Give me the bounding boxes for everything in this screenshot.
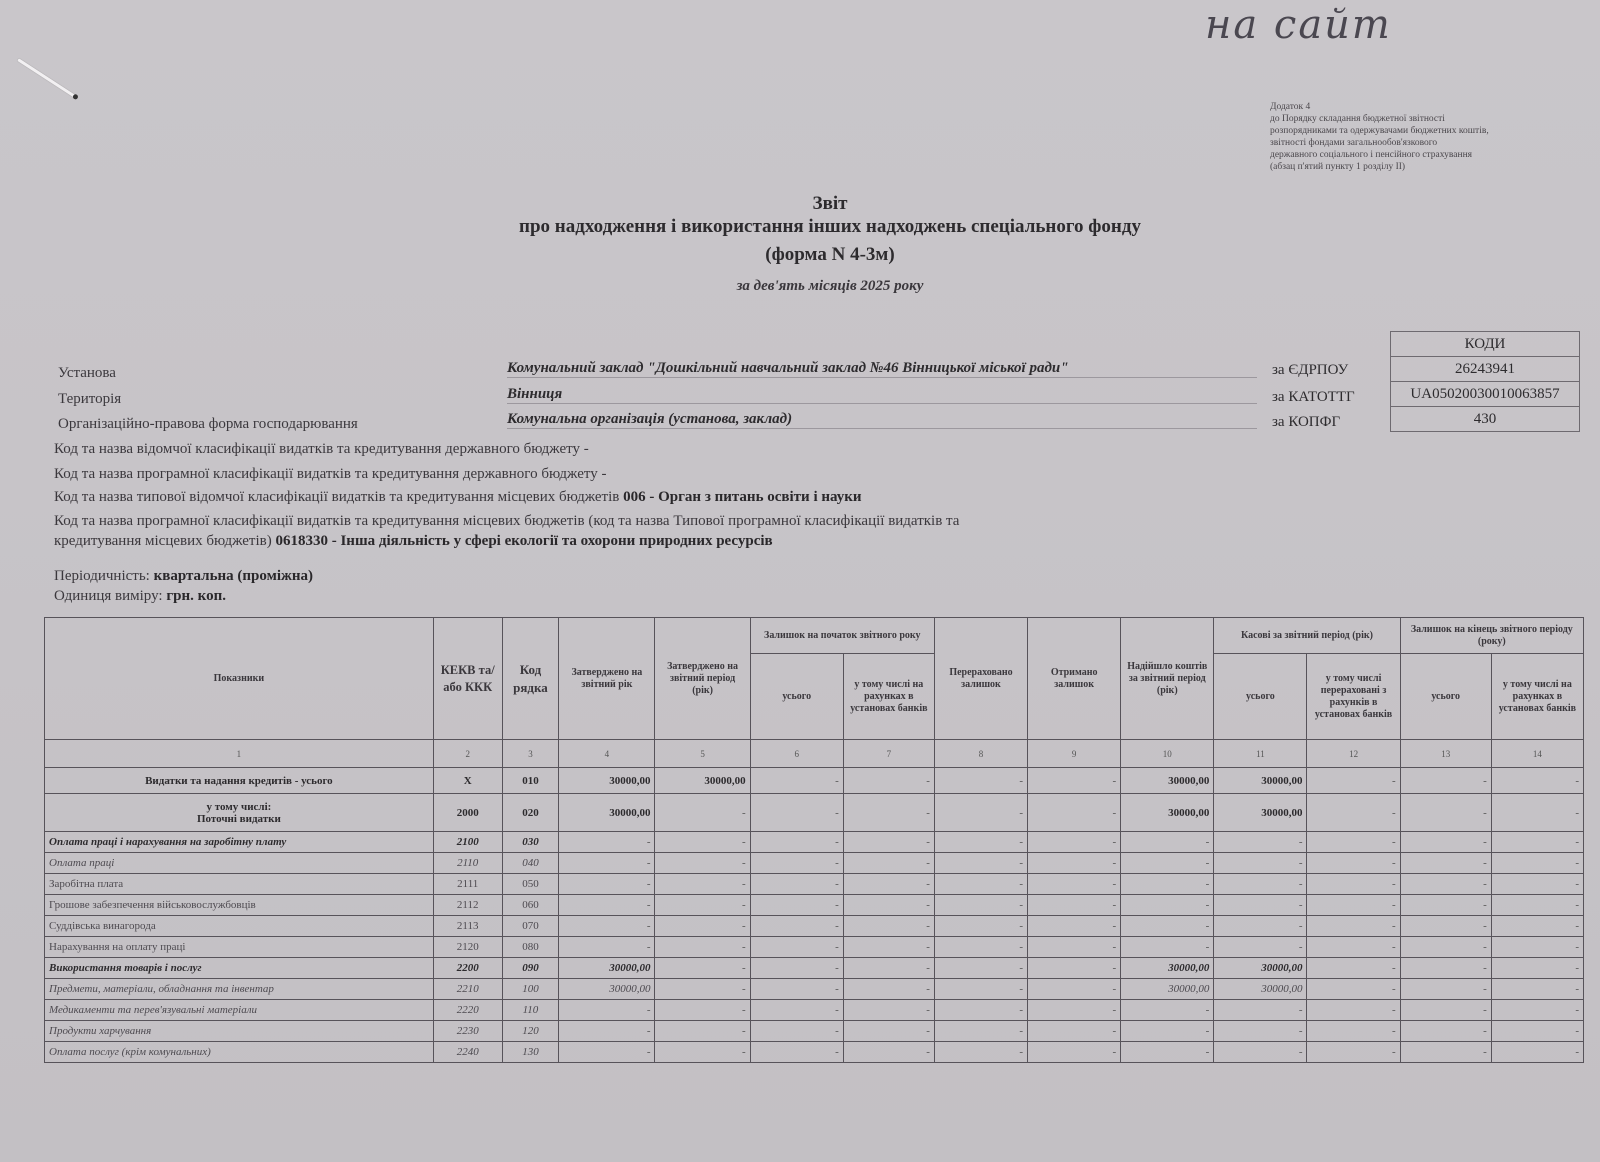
cell-value: - — [559, 895, 655, 916]
cell-value: - — [1400, 937, 1491, 958]
typical-dept-class: Код та назва типової відомчої класифікац… — [54, 489, 862, 506]
cell-value: - — [1307, 794, 1400, 832]
header-end-bank: у тому числі на рахунках в установах бан… — [1491, 654, 1583, 740]
cell-value: - — [1400, 1021, 1491, 1042]
row-code: 130 — [502, 1042, 559, 1063]
header-balance-start: Залишок на початок звітного року — [750, 618, 934, 654]
cell-value: - — [934, 853, 1027, 874]
row-code: 040 — [502, 853, 559, 874]
cell-value: - — [750, 937, 843, 958]
cell-value: - — [750, 874, 843, 895]
periodicity: Періодичність: квартальна (проміжна) — [54, 568, 313, 585]
cell-value: - — [655, 832, 750, 853]
cell-value: - — [559, 853, 655, 874]
cell-value: - — [843, 874, 934, 895]
cell-value: - — [1214, 853, 1307, 874]
table-row: Заробітна плата2111050----------- — [45, 874, 1584, 895]
dept-class-state: Код та назва відомчої класифікації видат… — [54, 441, 589, 458]
header-end-total: усього — [1400, 654, 1491, 740]
cell-value: - — [1214, 895, 1307, 916]
cell-value: - — [1491, 937, 1583, 958]
row-code: 030 — [502, 832, 559, 853]
column-number: 2 — [433, 740, 502, 768]
row-code: 050 — [502, 874, 559, 895]
cell-value: - — [843, 895, 934, 916]
code-kopfg: 430 — [1391, 407, 1580, 432]
table-row: Медикаменти та перев'язувальні матеріали… — [45, 1000, 1584, 1021]
code-label-edrpou: за ЄДРПОУ — [1272, 362, 1348, 379]
column-number: 12 — [1307, 740, 1400, 768]
report-subtitle: про надходження і використання інших над… — [0, 216, 1600, 238]
cell-value: - — [750, 794, 843, 832]
cell-value: - — [655, 874, 750, 895]
cell-value: - — [1028, 937, 1121, 958]
row-kekv: 2230 — [433, 1021, 502, 1042]
column-number: 6 — [750, 740, 843, 768]
cell-value: - — [1028, 895, 1121, 916]
codes-table: КОДИ 26243941 UA05020030010063857 430 — [1390, 331, 1580, 432]
report-period: за дев'ять місяців 2025 року — [0, 278, 1600, 295]
cell-value: - — [1400, 979, 1491, 1000]
column-number: 1 — [45, 740, 434, 768]
cell-value: - — [843, 768, 934, 794]
cell-value: - — [1307, 1000, 1400, 1021]
column-numbers-row: 1234567891011121314 — [45, 740, 1584, 768]
cell-value: - — [559, 1000, 655, 1021]
table-row: Суддівська винагорода2113070----------- — [45, 916, 1584, 937]
cell-value: - — [1214, 874, 1307, 895]
header-kekv: КЕКВ та/або ККК — [433, 618, 502, 740]
row-kekv: 2113 — [433, 916, 502, 937]
pen-icon — [17, 58, 76, 98]
cell-value: - — [843, 832, 934, 853]
row-code: 070 — [502, 916, 559, 937]
cell-value: 30000,00 — [1214, 768, 1307, 794]
column-number: 3 — [502, 740, 559, 768]
cell-value: - — [1121, 853, 1214, 874]
appendix-line: звітності фондами загальнообов'язкового — [1270, 137, 1570, 149]
cell-value: - — [750, 853, 843, 874]
cell-value: - — [1121, 916, 1214, 937]
row-name: Оплата послуг (крім комунальних) — [45, 1042, 434, 1063]
cell-value: - — [934, 958, 1027, 979]
cell-value: - — [1028, 874, 1121, 895]
cell-value: - — [1491, 853, 1583, 874]
row-name: Заробітна плата — [45, 874, 434, 895]
cell-value: - — [1121, 895, 1214, 916]
cell-value: - — [1491, 958, 1583, 979]
code-katottg: UA05020030010063857 — [1391, 382, 1580, 407]
cell-value: - — [1400, 874, 1491, 895]
cell-value: - — [750, 832, 843, 853]
row-kekv: 2110 — [433, 853, 502, 874]
cell-value: - — [750, 1042, 843, 1063]
cell-value: - — [843, 916, 934, 937]
row-code: 120 — [502, 1021, 559, 1042]
institution-value: Комунальний заклад "Дошкільний навчальни… — [507, 360, 1257, 378]
cell-value: - — [843, 958, 934, 979]
row-kekv: 2000 — [433, 794, 502, 832]
row-name: у тому числі: Поточні видатки — [45, 794, 434, 832]
code-label-kopfg: за КОПФГ — [1272, 414, 1340, 431]
cell-value: - — [1028, 832, 1121, 853]
periodicity-value: квартальна (проміжна) — [154, 568, 313, 584]
cell-value: - — [559, 937, 655, 958]
cell-value: - — [655, 979, 750, 1000]
header-indicators: Показники — [45, 618, 434, 740]
cell-value: 30000,00 — [1214, 794, 1307, 832]
cell-value: - — [1400, 794, 1491, 832]
cell-value: - — [1491, 916, 1583, 937]
cell-value: - — [1491, 794, 1583, 832]
row-code: 100 — [502, 979, 559, 1000]
header-cash-transferred: у тому числі перераховані з рахунків в у… — [1307, 654, 1400, 740]
prog-local-label: кредитування місцевих бюджетів) — [54, 533, 272, 549]
cell-value: - — [1028, 1021, 1121, 1042]
cell-value: - — [655, 794, 750, 832]
row-name: Медикаменти та перев'язувальні матеріали — [45, 1000, 434, 1021]
typical-dept-value: 006 - Орган з питань освіти і науки — [623, 489, 861, 505]
header-cash-total: усього — [1214, 654, 1307, 740]
appendix-line: Додаток 4 — [1270, 101, 1570, 113]
cell-value: - — [1028, 1000, 1121, 1021]
cell-value: - — [1121, 1042, 1214, 1063]
row-name: Предмети, матеріали, обладнання та інвен… — [45, 979, 434, 1000]
cell-value: - — [934, 794, 1027, 832]
cell-value: - — [1491, 1042, 1583, 1063]
cell-value: - — [750, 1021, 843, 1042]
header-start-total: усього — [750, 654, 843, 740]
table-row: у тому числі: Поточні видатки20000203000… — [45, 794, 1584, 832]
cell-value: - — [655, 853, 750, 874]
cell-value: - — [1400, 916, 1491, 937]
appendix-line: державного соціального і пенсійного стра… — [1270, 149, 1570, 161]
row-kekv: 2111 — [433, 874, 502, 895]
cell-value: - — [843, 1042, 934, 1063]
prog-local-line1: Код та назва програмної класифікації вид… — [54, 513, 959, 530]
territory-value: Вінниця — [507, 386, 1257, 404]
row-kekv: 2220 — [433, 1000, 502, 1021]
cell-value: - — [750, 979, 843, 1000]
cell-value: - — [1307, 874, 1400, 895]
row-name: Використання товарів і послуг — [45, 958, 434, 979]
cell-value: 30000,00 — [559, 979, 655, 1000]
column-number: 11 — [1214, 740, 1307, 768]
appendix-line: (абзац п'ятий пункту 1 розділу ІІ) — [1270, 161, 1570, 173]
cell-value: 30000,00 — [1121, 768, 1214, 794]
cell-value: - — [1028, 1042, 1121, 1063]
cell-value: - — [750, 768, 843, 794]
report-title: Звіт — [0, 193, 1600, 215]
prog-local-line2: кредитування місцевих бюджетів) 0618330 … — [54, 533, 773, 550]
cell-value: - — [1214, 937, 1307, 958]
handwritten-note: на сайт — [1205, 2, 1392, 48]
legal-form-label: Організаційно-правова форма господарюван… — [58, 416, 358, 433]
table-row: Використання товарів і послуг22000903000… — [45, 958, 1584, 979]
cell-value: - — [843, 1000, 934, 1021]
cell-value: - — [1214, 1042, 1307, 1063]
cell-value: - — [1400, 832, 1491, 853]
legal-form-value: Комунальна організація (установа, заклад… — [507, 411, 1257, 429]
typical-dept-label: Код та назва типової відомчої класифікац… — [54, 489, 619, 505]
row-name: Видатки та надання кредитів - усього — [45, 768, 434, 794]
cell-value: - — [655, 916, 750, 937]
table-row: Грошове забезпечення військовослужбовців… — [45, 895, 1584, 916]
column-number: 13 — [1400, 740, 1491, 768]
cell-value: 30000,00 — [559, 768, 655, 794]
cell-value: - — [843, 979, 934, 1000]
cell-value: - — [655, 895, 750, 916]
cell-value: - — [843, 853, 934, 874]
cell-value: 30000,00 — [1214, 979, 1307, 1000]
report-table: Показники КЕКВ та/або ККК Код рядка Затв… — [44, 617, 1584, 1063]
cell-value: - — [1400, 853, 1491, 874]
cell-value: - — [934, 979, 1027, 1000]
code-edrpou: 26243941 — [1391, 357, 1580, 382]
column-number: 8 — [934, 740, 1027, 768]
cell-value: - — [750, 1000, 843, 1021]
cell-value: - — [934, 895, 1027, 916]
code-label-katottg: за КАТОТТГ — [1272, 389, 1355, 406]
header-start-bank: у тому числі на рахунках в установах бан… — [843, 654, 934, 740]
cell-value: - — [1121, 832, 1214, 853]
cell-value: - — [559, 1021, 655, 1042]
row-name: Суддівська винагорода — [45, 916, 434, 937]
cell-value: - — [1400, 958, 1491, 979]
territory-label: Територія — [58, 391, 121, 408]
header-received: Отримано залишок — [1028, 618, 1121, 740]
cell-value: - — [1307, 979, 1400, 1000]
header-cash: Касові за звітний період (рік) — [1214, 618, 1400, 654]
cell-value: 30000,00 — [1214, 958, 1307, 979]
row-name: Оплата праці і нарахування на заробітну … — [45, 832, 434, 853]
report-form: (форма N 4-3м) — [0, 244, 1600, 266]
codes-heading: КОДИ — [1391, 332, 1580, 357]
cell-value: - — [559, 1042, 655, 1063]
column-number: 14 — [1491, 740, 1583, 768]
institution-label: Установа — [58, 365, 116, 382]
cell-value: - — [1121, 1021, 1214, 1042]
cell-value: - — [1307, 895, 1400, 916]
header-row-code: Код рядка — [502, 618, 559, 740]
column-number: 10 — [1121, 740, 1214, 768]
cell-value: - — [1491, 1000, 1583, 1021]
cell-value: - — [1307, 832, 1400, 853]
unit-label: Одиниця виміру: — [54, 588, 163, 604]
appendix-line: до Порядку складання бюджетної звітності — [1270, 113, 1570, 125]
row-kekv: 2100 — [433, 832, 502, 853]
cell-value: - — [1307, 1042, 1400, 1063]
cell-value: - — [1491, 895, 1583, 916]
cell-value: - — [559, 916, 655, 937]
cell-value: - — [934, 832, 1027, 853]
row-code: 110 — [502, 1000, 559, 1021]
cell-value: - — [843, 794, 934, 832]
cell-value: - — [934, 937, 1027, 958]
cell-value: - — [655, 1042, 750, 1063]
periodicity-label: Періодичність: — [54, 568, 150, 584]
cell-value: - — [1028, 958, 1121, 979]
header-balance-end: Залишок на кінець звітного періоду (року… — [1400, 618, 1583, 654]
cell-value: - — [934, 916, 1027, 937]
column-number: 7 — [843, 740, 934, 768]
cell-value: - — [1307, 937, 1400, 958]
cell-value: - — [1400, 1000, 1491, 1021]
row-kekv: X — [433, 768, 502, 794]
cell-value: - — [1214, 1000, 1307, 1021]
table-row: Оплата послуг (крім комунальних)2240130-… — [45, 1042, 1584, 1063]
table-row: Продукти харчування2230120----------- — [45, 1021, 1584, 1042]
row-code: 020 — [502, 794, 559, 832]
cell-value: - — [934, 768, 1027, 794]
column-number: 5 — [655, 740, 750, 768]
cell-value: - — [1028, 979, 1121, 1000]
row-kekv: 2240 — [433, 1042, 502, 1063]
cell-value: - — [750, 958, 843, 979]
row-kekv: 2200 — [433, 958, 502, 979]
header-approved-year: Затверджено на звітний рік — [559, 618, 655, 740]
cell-value: 30000,00 — [1121, 794, 1214, 832]
cell-value: - — [1491, 874, 1583, 895]
header-transferred: Перераховано залишок — [934, 618, 1027, 740]
cell-value: - — [1307, 1021, 1400, 1042]
cell-value: - — [655, 937, 750, 958]
table-row: Предмети, матеріали, обладнання та інвен… — [45, 979, 1584, 1000]
table-row: Видатки та надання кредитів - усьогоX010… — [45, 768, 1584, 794]
appendix-line: розпорядниками та одержувачами бюджетних… — [1270, 125, 1570, 137]
cell-value: - — [1491, 832, 1583, 853]
cell-value: 30000,00 — [1121, 958, 1214, 979]
row-name: Нарахування на оплату праці — [45, 937, 434, 958]
row-kekv: 2112 — [433, 895, 502, 916]
cell-value: 30000,00 — [1121, 979, 1214, 1000]
cell-value: - — [655, 958, 750, 979]
cell-value: - — [559, 874, 655, 895]
cell-value: - — [1028, 768, 1121, 794]
cell-value: - — [1491, 768, 1583, 794]
table-row: Оплата праці2110040----------- — [45, 853, 1584, 874]
cell-value: - — [655, 1021, 750, 1042]
cell-value: - — [1121, 1000, 1214, 1021]
cell-value: - — [1214, 1021, 1307, 1042]
cell-value: - — [1307, 768, 1400, 794]
cell-value: - — [1214, 916, 1307, 937]
row-name: Продукти харчування — [45, 1021, 434, 1042]
cell-value: 30000,00 — [559, 958, 655, 979]
cell-value: - — [750, 916, 843, 937]
column-number: 4 — [559, 740, 655, 768]
prog-class-state: Код та назва програмної класифікації вид… — [54, 466, 606, 483]
cell-value: - — [1400, 1042, 1491, 1063]
unit: Одиниця виміру: грн. коп. — [54, 588, 226, 605]
cell-value: - — [1491, 979, 1583, 1000]
row-code: 010 — [502, 768, 559, 794]
row-name: Грошове забезпечення військовослужбовців — [45, 895, 434, 916]
cell-value: 30000,00 — [655, 768, 750, 794]
cell-value: - — [934, 1000, 1027, 1021]
cell-value: - — [1028, 794, 1121, 832]
cell-value: - — [843, 1021, 934, 1042]
cell-value: - — [1028, 853, 1121, 874]
cell-value: - — [655, 1000, 750, 1021]
header-income: Надійшло коштів за звітний період (рік) — [1121, 618, 1214, 740]
row-code: 090 — [502, 958, 559, 979]
cell-value: - — [1214, 832, 1307, 853]
cell-value: - — [843, 937, 934, 958]
cell-value: - — [559, 832, 655, 853]
cell-value: - — [1307, 958, 1400, 979]
header-approved-period: Затверджено на звітний період (рік) — [655, 618, 750, 740]
cell-value: - — [1400, 768, 1491, 794]
cell-value: - — [1491, 1021, 1583, 1042]
cell-value: 30000,00 — [559, 794, 655, 832]
cell-value: - — [1121, 937, 1214, 958]
cell-value: - — [934, 874, 1027, 895]
cell-value: - — [1307, 916, 1400, 937]
row-kekv: 2120 — [433, 937, 502, 958]
row-code: 080 — [502, 937, 559, 958]
cell-value: - — [1400, 895, 1491, 916]
row-kekv: 2210 — [433, 979, 502, 1000]
cell-value: - — [1307, 853, 1400, 874]
table-row: Оплата праці і нарахування на заробітну … — [45, 832, 1584, 853]
cell-value: - — [750, 895, 843, 916]
appendix-note: Додаток 4 до Порядку складання бюджетної… — [1270, 101, 1570, 173]
unit-value: грн. коп. — [166, 588, 226, 604]
cell-value: - — [1121, 874, 1214, 895]
row-name: Оплата праці — [45, 853, 434, 874]
cell-value: - — [934, 1021, 1027, 1042]
column-number: 9 — [1028, 740, 1121, 768]
table-row: Нарахування на оплату праці2120080------… — [45, 937, 1584, 958]
cell-value: - — [1028, 916, 1121, 937]
prog-local-value: 0618330 - Інша діяльність у сфері еколог… — [275, 533, 772, 549]
cell-value: - — [934, 1042, 1027, 1063]
row-code: 060 — [502, 895, 559, 916]
